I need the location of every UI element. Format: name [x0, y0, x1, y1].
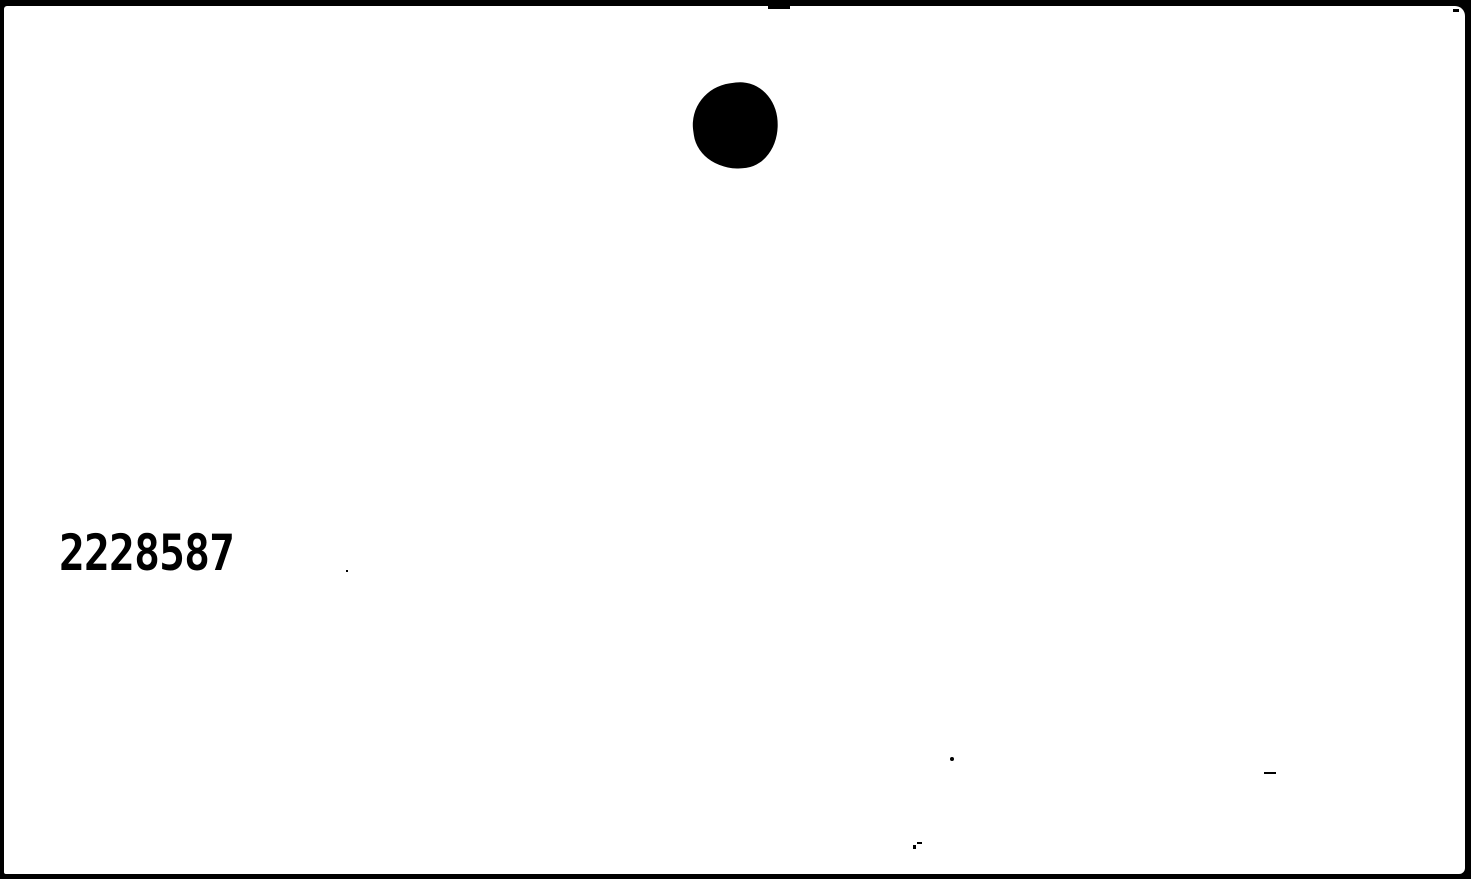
scan-noise-speck [346, 570, 348, 572]
scan-noise-speck [1453, 9, 1459, 12]
punch-hole-icon [687, 78, 783, 175]
scan-noise-speck [768, 4, 790, 9]
scan-noise-speck [950, 757, 954, 761]
scan-noise-speck [917, 842, 922, 844]
scan-noise-speck [913, 845, 916, 849]
scan-noise-speck [1264, 772, 1276, 774]
scan-background: 2228587 [0, 0, 1471, 879]
index-card: 2228587 [4, 6, 1465, 874]
record-number: 2228587 [59, 528, 234, 578]
